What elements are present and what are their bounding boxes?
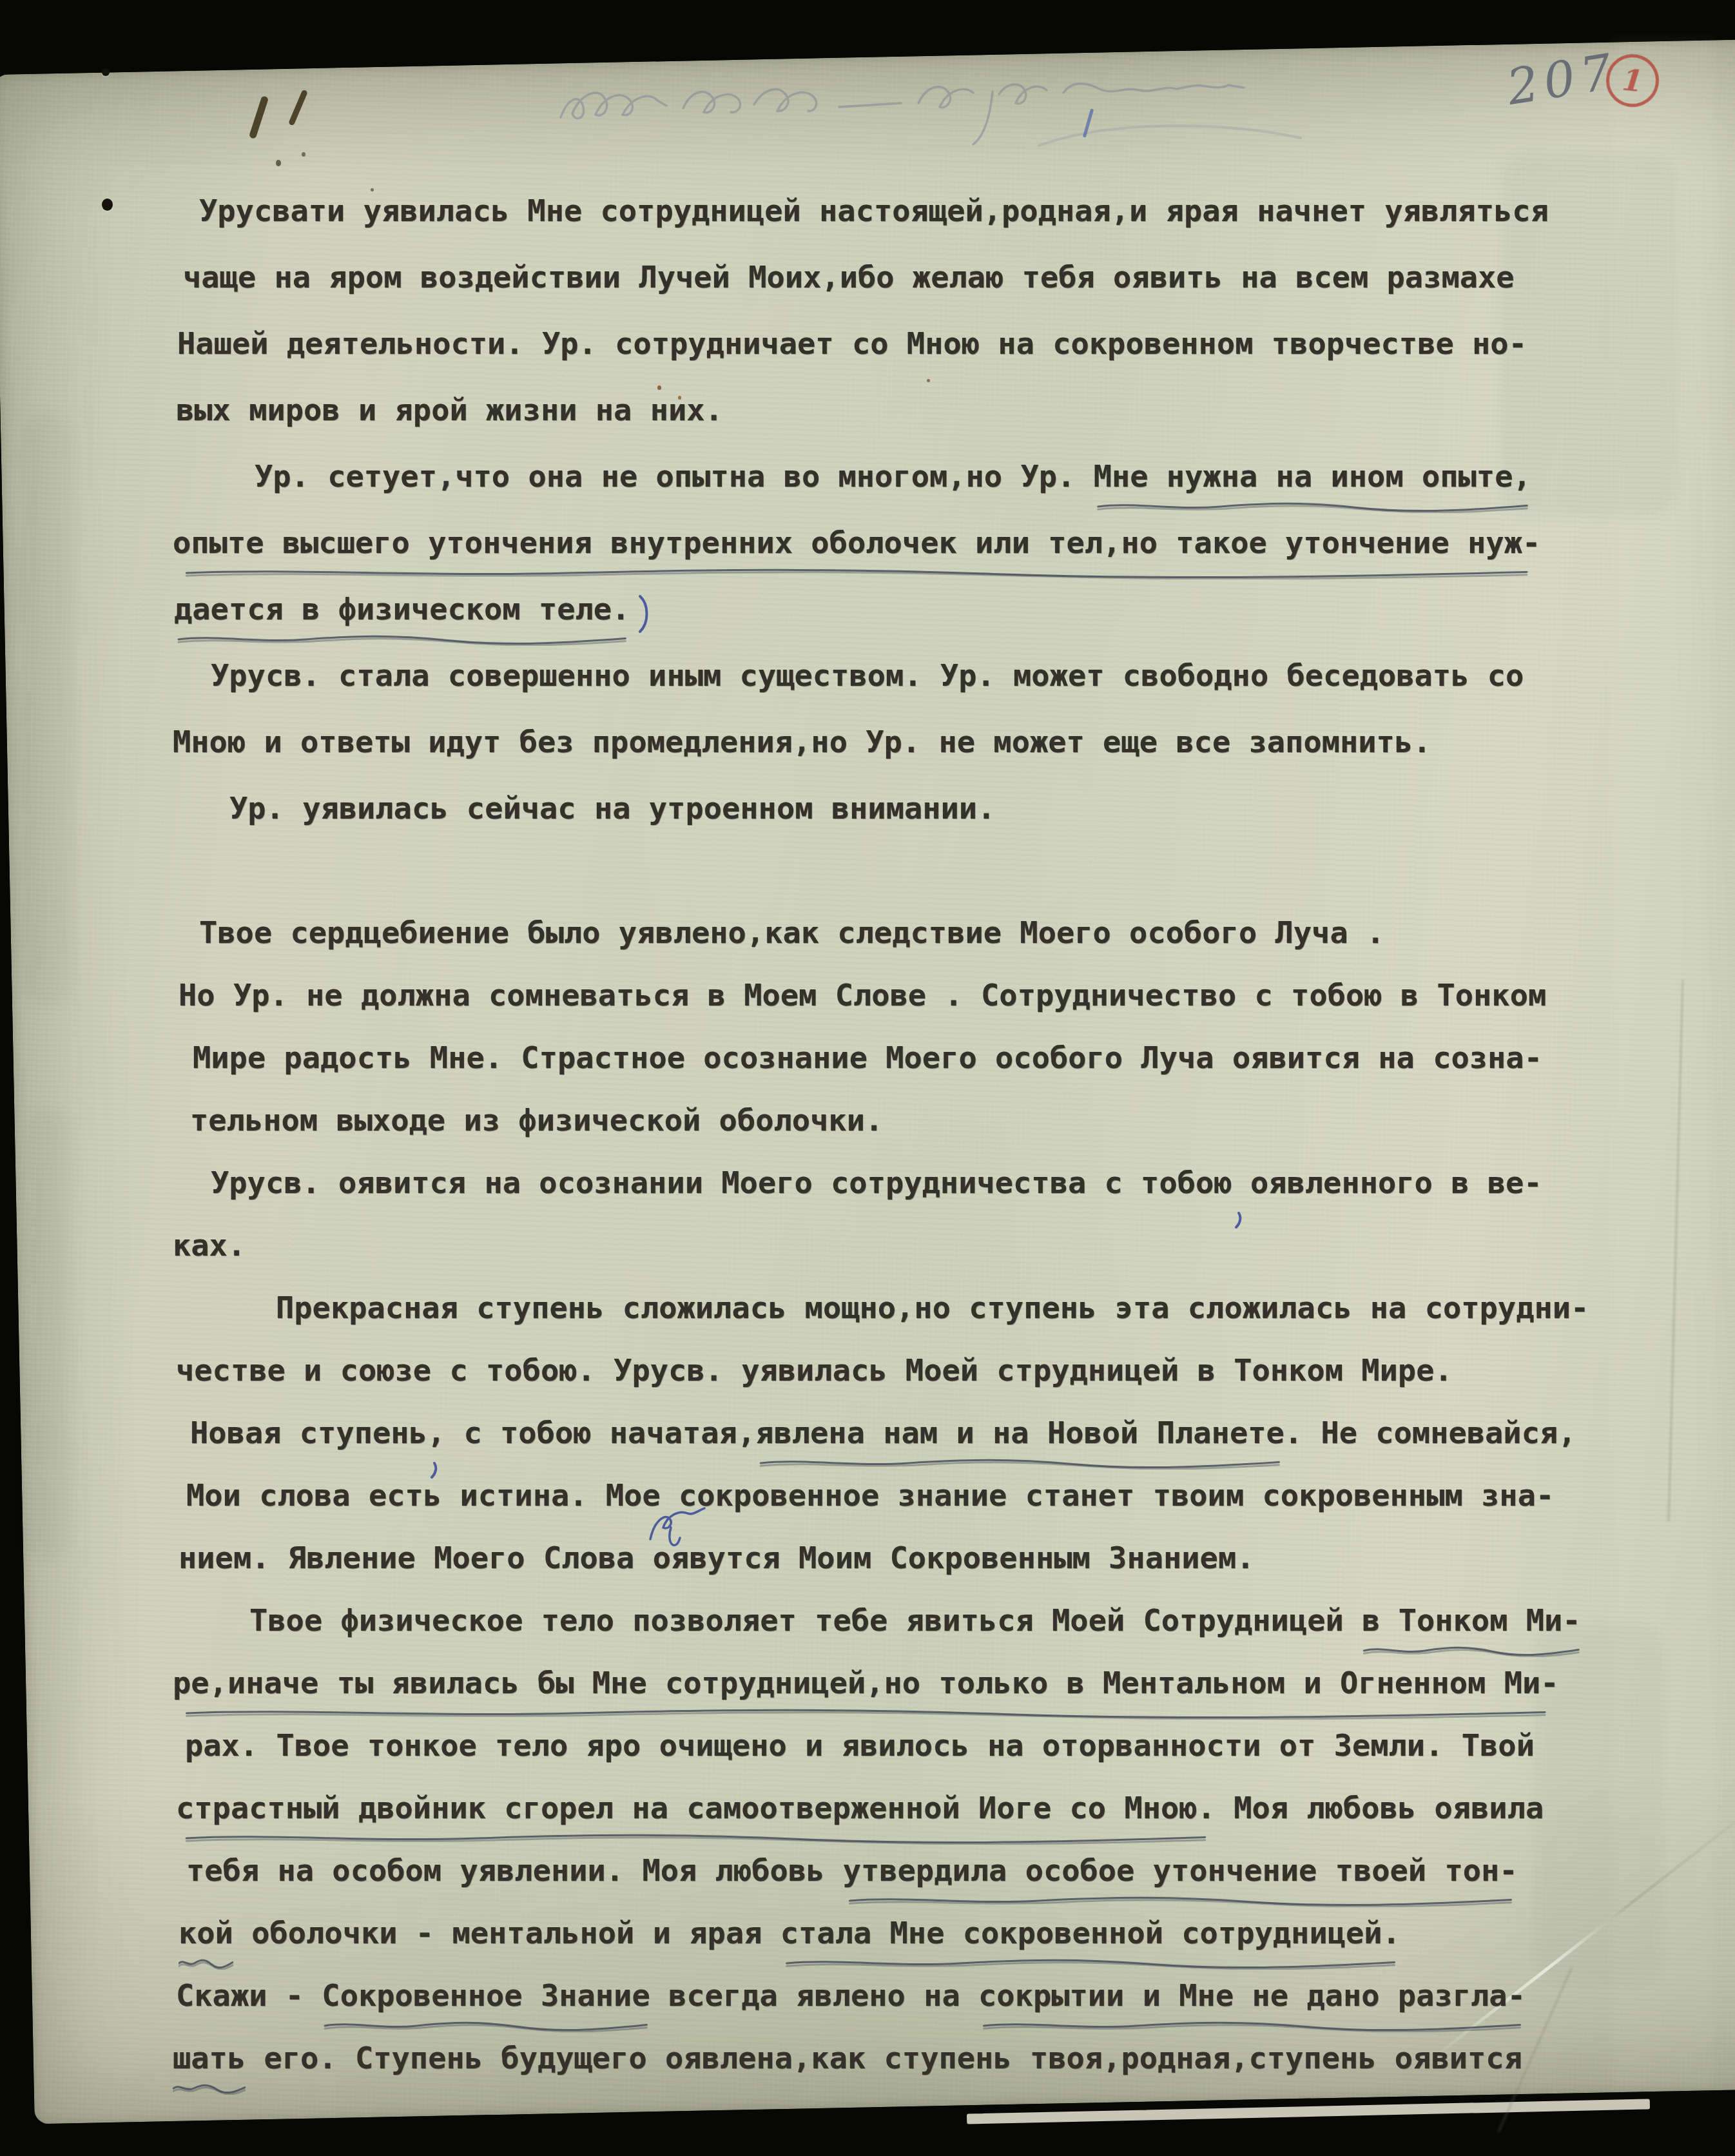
typewritten-line: честве и союзе с тобою. Урусв. уявилась … xyxy=(176,1353,1453,1389)
typewritten-line: Прекрасная ступень сложилась мощно,но ст… xyxy=(276,1290,1589,1326)
stamp-digit: 1 xyxy=(1620,62,1644,99)
typewritten-line: Твое физическое тело позволяет тебе явит… xyxy=(249,1603,1581,1639)
typewritten-line: Но Ур. не должна сомневаться в Моем Слов… xyxy=(179,978,1546,1014)
typewritten-line: Новая ступень, с тобою начатая,явлена на… xyxy=(190,1415,1576,1452)
typewritten-line: Урусвати уявилась Мне сотрудницей настоя… xyxy=(199,193,1549,229)
typewritten-line: Урусв. оявится на осознании Моего сотруд… xyxy=(211,1165,1542,1201)
typewritten-line: нием. Явление Моего Слова оявутся Моим С… xyxy=(179,1540,1255,1577)
typewritten-line: Мире радость Мне. Страстное осознание Мо… xyxy=(193,1040,1542,1076)
pencil-underline xyxy=(173,2082,246,2095)
typewritten-line: ре,иначе ты явилась бы Мне сотрудницей,н… xyxy=(173,1666,1559,1702)
typewritten-line: Нашей деятельности. Ур. сотрудничает со … xyxy=(177,326,1527,362)
typewritten-line: ках. xyxy=(173,1228,246,1264)
typewritten-line: кой оболочки - ментальной и ярая стала М… xyxy=(179,1916,1401,1952)
ink-bracket xyxy=(637,594,652,634)
typewritten-line: тельном выходе из физической оболочки. xyxy=(190,1103,883,1139)
pencil-underline xyxy=(780,1957,1401,1970)
typewritten-line: Мною и ответы идут без промедления,но Ур… xyxy=(173,724,1431,761)
typewritten-line: страстный двойник сгорел на самоотвержен… xyxy=(176,1791,1544,1827)
typewritten-line: шать его. Ступень будущего оявлена,как с… xyxy=(173,2041,1522,2077)
typewritten-line: Мои слова есть истина. Мое сокровенное з… xyxy=(186,1478,1554,1514)
typewritten-line: тебя на особом уявлении. Моя любовь утве… xyxy=(186,1853,1518,1889)
typewritten-line: Урусв. стала совершенно иным существом. … xyxy=(211,658,1524,694)
pencil-underline xyxy=(174,633,630,646)
typewritten-line: чаще на яром воздействии Лучей Моих,ибо … xyxy=(183,260,1515,296)
pencil-underline xyxy=(176,1832,1216,1845)
ink-comma xyxy=(1234,1201,1245,1219)
pencil-underline xyxy=(173,567,1540,579)
pencil-underline xyxy=(1362,1644,1581,1657)
ink-comma xyxy=(429,1452,441,1470)
pencil-underline xyxy=(978,2019,1526,2032)
typewritten-line: Твое сердцебиение было уявлено,как следс… xyxy=(199,915,1384,951)
pencil-underline xyxy=(179,1957,233,1970)
typewritten-line: Ур. уявилась сейчас на утроенном внимани… xyxy=(229,791,995,827)
typewritten-line: дается в физическом теле. xyxy=(174,592,630,628)
typewritten-line: Скажи - Сокровенное Знание всегда явлено… xyxy=(176,1978,1526,2014)
pencil-underline xyxy=(843,1894,1518,1907)
pencil-smudge-arc xyxy=(1031,108,1308,160)
pencil-underline xyxy=(173,1707,1559,1720)
typewritten-text-block: Урусвати уявилась Мне сотрудницей настоя… xyxy=(0,0,1735,2156)
pencil-underline xyxy=(1094,500,1531,513)
typewritten-line: опыте высшего утончения внутренних оболо… xyxy=(173,525,1540,561)
typewritten-line: Ур. сетует,что она не опытна во многом,н… xyxy=(255,459,1531,495)
pencil-underline xyxy=(322,2019,650,2032)
scanned-document-page: 207 1 Урусвати уявилась Мне сотрудницей … xyxy=(0,0,1735,2156)
typewritten-line: вых миров и ярой жизни на них. xyxy=(176,393,723,429)
pencil-underline xyxy=(755,1457,1284,1470)
typewritten-line: рах. Твое тонкое тело яро очищено и явил… xyxy=(185,1728,1535,1764)
